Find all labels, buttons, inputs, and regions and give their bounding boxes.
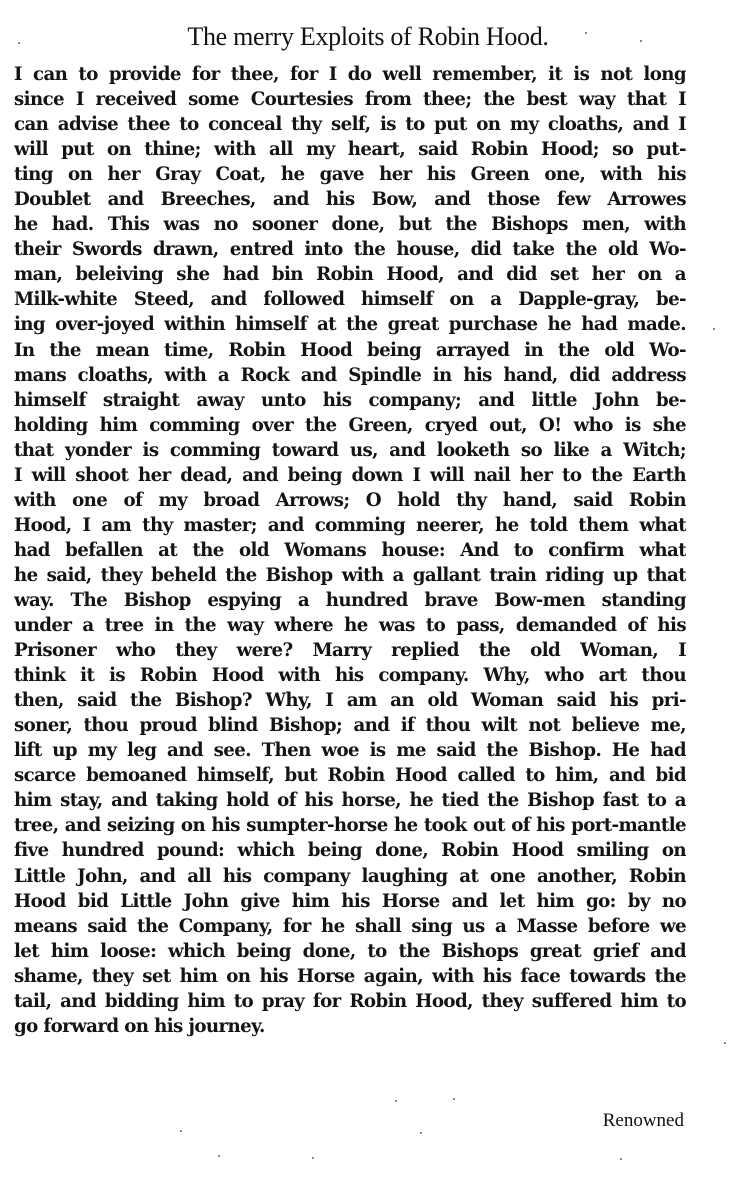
text-line: Hood bid Little John give him his Horse … [14,889,686,914]
text-line: Doublet and Breeches, and his Bow, and t… [14,187,686,212]
text-line: that yonder is comming toward us, and lo… [14,438,686,463]
text-line: way. The Bishop espying a hundred brave … [14,588,686,613]
text-line: Milk-white Steed, and followed himself o… [14,287,686,312]
text-line: five hundred pound: which being done, Ro… [14,838,686,863]
text-line: tail, and bidding him to pray for Robin … [14,989,686,1014]
scan-speck [713,328,715,330]
text-line: Little John, and all his company laughin… [14,864,686,889]
text-line: Hood, I am thy master; and comming neere… [14,513,686,538]
text-line: I will shoot her dead, and being down I … [14,463,686,488]
scan-speck [420,1132,422,1134]
text-line: had befallen at the old Womans house: An… [14,538,686,563]
text-line: he had. This was no sooner done, but the… [14,212,686,237]
scan-speck [453,1098,455,1100]
text-line: ing over-joyed within himself at the gre… [14,312,686,337]
text-line: scarce bemoaned himself, but Robin Hood … [14,763,686,788]
text-line: holding him comming over the Green, crye… [14,413,686,438]
text-line: let him loose: which being done, to the … [14,939,686,964]
text-line: In the mean time, Robin Hood being array… [14,338,686,363]
scan-speck [640,40,642,42]
text-line: him stay, and taking hold of his horse, … [14,788,686,813]
scan-speck [724,1042,726,1044]
text-line: since I received some Courtesies from th… [14,87,686,112]
text-line: shame, they set him on his Horse again, … [14,964,686,989]
scan-speck [312,1157,314,1159]
text-line: their Swords drawn, entred into the hous… [14,237,686,262]
text-line: go forward on his journey. [14,1014,686,1039]
text-line: he said, they beheld the Bishop with a g… [14,563,686,588]
body-text: I can to provide for thee, for I do well… [14,62,686,1039]
text-line: lift up my leg and see. Then woe is me s… [14,738,686,763]
text-line: then, said the Bishop? Why, I am an old … [14,688,686,713]
scan-speck [585,32,587,34]
text-line: means said the Company, for he shall sin… [14,914,686,939]
document-page: The merry Exploits of Robin Hood. I can … [0,0,736,1177]
text-line: ting on her Gray Coat, he gave her his G… [14,162,686,187]
text-line: man, beleiving she had bin Robin Hood, a… [14,262,686,287]
text-line: Prisoner who they were? Marry replied th… [14,638,686,663]
running-head: The merry Exploits of Robin Hood. [0,22,736,52]
text-line: tree, and seizing on his sumpter-horse h… [14,813,686,838]
text-line: soner, thou proud blind Bishop; and if t… [14,713,686,738]
text-line: think it is Robin Hood with his company.… [14,663,686,688]
text-line: with one of my broad Arrows; O hold thy … [14,488,686,513]
scan-speck [18,42,20,44]
text-line: mans cloaths, with a Rock and Spindle in… [14,363,686,388]
scan-speck [180,1130,182,1132]
text-line: himself straight away unto his company; … [14,388,686,413]
scan-speck [218,1155,220,1157]
scan-speck [395,1100,397,1102]
text-line: I can to provide for thee, for I do well… [14,62,686,87]
text-line: can advise thee to conceal thy self, is … [14,112,686,137]
text-line: will put on thine; with all my heart, sa… [14,137,686,162]
catchword: Renowned [603,1110,684,1132]
scan-speck [620,1158,622,1160]
text-line: under a tree in the way where he was to … [14,613,686,638]
